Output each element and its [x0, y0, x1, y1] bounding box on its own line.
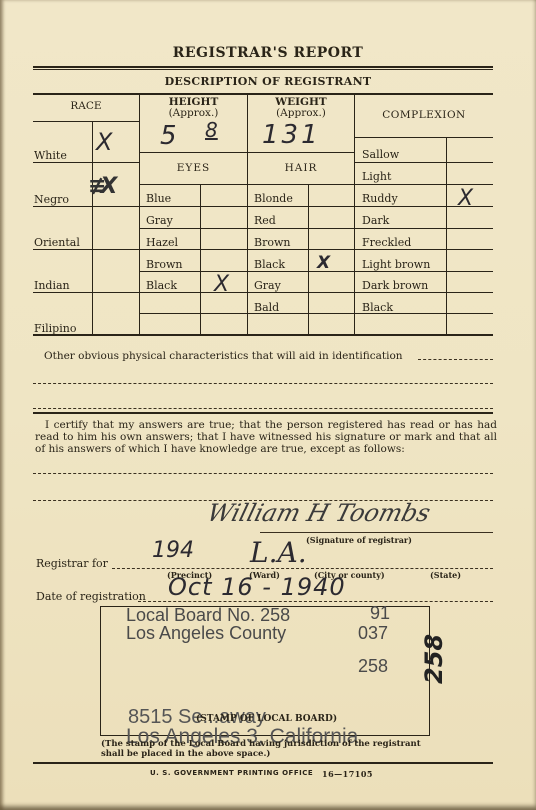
- divider: [355, 184, 493, 185]
- divider: [33, 121, 139, 122]
- section-subtitle: DESCRIPTION OF REGISTRANT: [0, 75, 536, 88]
- handwritten-board-number: 258: [420, 634, 448, 684]
- divider: [33, 162, 139, 163]
- signature-line: [260, 532, 493, 533]
- eyes-heading: EYES: [140, 163, 247, 174]
- hair-red: Red: [254, 214, 276, 227]
- title-rule: [33, 66, 493, 68]
- divider: [140, 249, 247, 250]
- precinct-value: 194: [152, 538, 194, 563]
- printing-office: U. S. GOVERNMENT PRINTING OFFICE: [150, 769, 313, 777]
- divider: [355, 137, 493, 138]
- stamp-number-1: 91: [370, 603, 390, 624]
- divider: [33, 762, 493, 764]
- divider: [247, 94, 248, 334]
- divider: [92, 122, 93, 334]
- divider: [33, 292, 139, 293]
- city-value: L.A.: [250, 536, 307, 569]
- divider: [140, 313, 247, 314]
- date-value: Oct 16 - 1940: [168, 573, 346, 601]
- race-heading: RACE: [33, 101, 139, 112]
- registrar-for-label: Registrar for: [36, 557, 108, 570]
- complexion-freckled: Freckled: [362, 236, 411, 249]
- hair-gray: Gray: [254, 279, 281, 292]
- height-inches: 8: [205, 118, 218, 142]
- hair-black: Black: [254, 258, 285, 271]
- table-top-border: [33, 93, 493, 95]
- stamp-county: Los Angeles County: [126, 623, 286, 644]
- race-filipino: Filipino: [34, 322, 76, 335]
- race-oriental: Oriental: [34, 236, 80, 249]
- divider: [308, 185, 309, 334]
- signature-caption: (Signature of registrar): [306, 535, 412, 545]
- date-label: Date of registration: [36, 590, 146, 603]
- divider: [248, 271, 354, 272]
- divider: [140, 292, 247, 293]
- stamp-number-2: 037: [358, 623, 388, 644]
- complexion-ruddy-mark: X: [458, 186, 473, 211]
- complexion-dark-brown: Dark brown: [362, 279, 428, 292]
- race-indian: Indian: [34, 279, 70, 292]
- divider: [139, 94, 140, 334]
- divider: [355, 292, 493, 293]
- complexion-ruddy: Ruddy: [362, 192, 398, 205]
- complexion-light-brown: Light brown: [362, 258, 430, 271]
- divider: [248, 184, 354, 185]
- weight-value: 131: [262, 120, 321, 150]
- race-white: White: [34, 149, 67, 162]
- hair-black-mark: X: [317, 253, 330, 273]
- divider: [33, 249, 139, 250]
- divider: [355, 271, 493, 272]
- height-approx: (Approx.): [140, 108, 247, 119]
- stamp-instruction: (The stamp of the Local Board having jur…: [101, 739, 441, 759]
- weight-approx: (Approx.): [248, 108, 354, 119]
- divider: [248, 313, 354, 314]
- divider: [355, 228, 493, 229]
- divider: [248, 228, 354, 229]
- complexion-heading: COMPLEXION: [355, 110, 493, 121]
- race-negro: Negro: [34, 193, 69, 206]
- divider: [354, 94, 355, 334]
- hair-blonde: Blonde: [254, 192, 293, 205]
- state-caption: (State): [430, 570, 461, 580]
- race-white-mark: X: [96, 128, 112, 156]
- divider: [248, 206, 354, 207]
- complexion-dark: Dark: [362, 214, 389, 227]
- divider: [355, 313, 493, 314]
- hair-brown: Brown: [254, 236, 290, 249]
- divider: [248, 292, 354, 293]
- eyes-gray: Gray: [146, 214, 173, 227]
- eyes-brown: Brown: [146, 258, 182, 271]
- divider: [200, 185, 201, 334]
- other-characteristics-label: Other obvious physical characteristics t…: [44, 350, 403, 362]
- divider: [355, 249, 493, 250]
- hair-heading: HAIR: [248, 163, 354, 174]
- complexion-sallow: Sallow: [362, 148, 399, 161]
- other-characteristics-line-3[interactable]: [33, 408, 493, 409]
- date-field[interactable]: [138, 601, 493, 602]
- exceptions-line-1[interactable]: [33, 473, 493, 474]
- divider: [140, 271, 247, 272]
- divider: [140, 184, 247, 185]
- race-negro-mark-scribbled: ≢X: [88, 174, 111, 199]
- title-rule-2: [33, 69, 493, 70]
- table-bottom-border: [33, 334, 493, 336]
- eyes-black-mark: X: [214, 272, 229, 297]
- other-characteristics-field[interactable]: [418, 359, 493, 360]
- divider: [248, 249, 354, 250]
- complexion-light: Light: [362, 170, 391, 183]
- divider: [140, 228, 247, 229]
- eyes-hazel: Hazel: [146, 236, 178, 249]
- divider: [140, 152, 354, 153]
- registrar-signature: William H Toombs: [204, 499, 433, 527]
- other-characteristics-line-2[interactable]: [33, 383, 493, 384]
- certification-text: I certify that my answers are true; that…: [35, 419, 497, 455]
- eyes-blue: Blue: [146, 192, 171, 205]
- form-number: 16—17105: [322, 769, 373, 779]
- stamp-caption: (STAMP OF LOCAL BOARD): [196, 714, 337, 724]
- divider: [33, 206, 139, 207]
- divider: [140, 206, 247, 207]
- report-title: REGISTRAR'S REPORT: [0, 45, 536, 61]
- divider: [33, 412, 493, 414]
- height-feet: 5: [160, 121, 177, 151]
- divider: [355, 162, 493, 163]
- stamp-number-3: 258: [358, 656, 388, 677]
- divider: [446, 138, 447, 334]
- eyes-black: Black: [146, 279, 177, 292]
